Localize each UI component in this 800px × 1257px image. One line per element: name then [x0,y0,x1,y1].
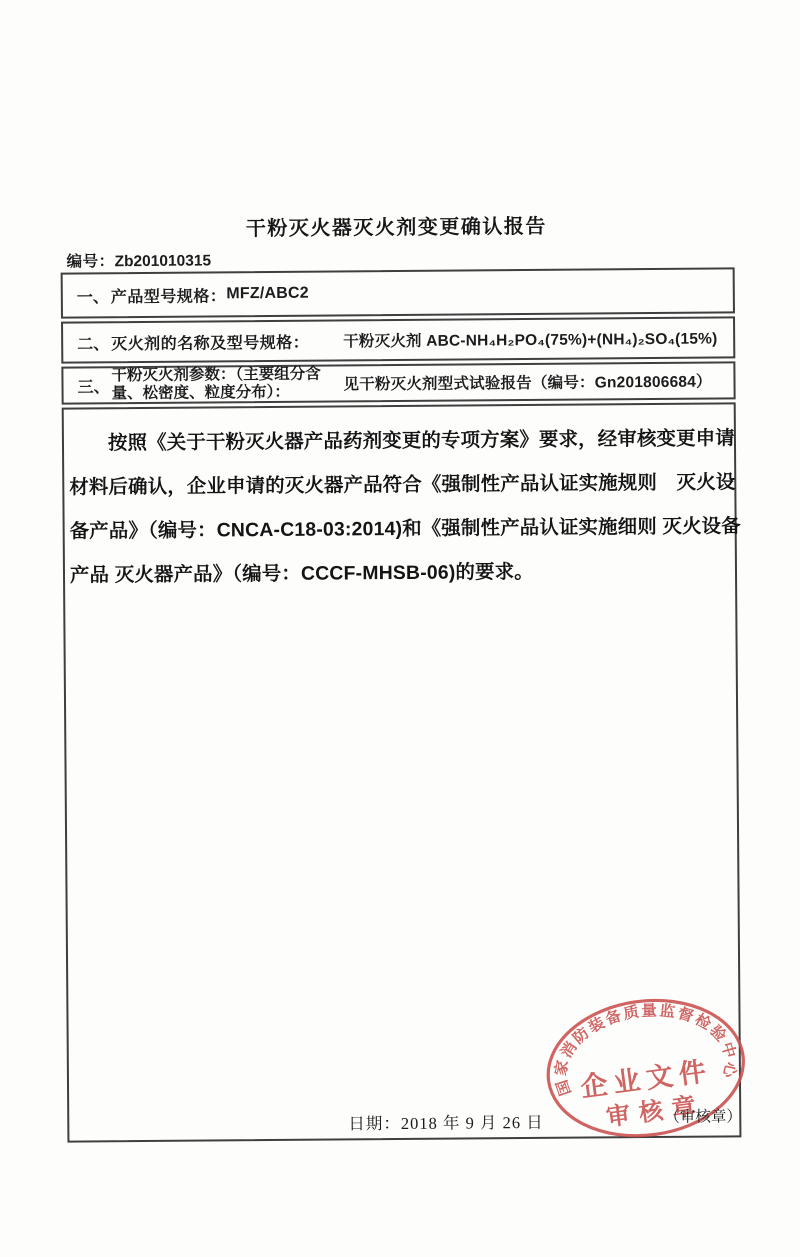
document-number-value: Zb201010315 [114,252,211,270]
document-number-label: 编号： [66,253,114,270]
document-number-line: 编号：Zb201010315 [66,248,211,271]
scanned-document-page: 干粉灭火器灭火剂变更确认报告 编号：Zb201010315 一、 产品型号规格：… [0,0,800,1257]
approval-stamp: 国家消防装备质量监督检验中心 企业文件 审核章 [526,975,765,1164]
row-value: MFZ/ABC2 [226,285,309,304]
report-body-paragraph: 按照《关于干粉灭火器产品药剂变更的专项方案》要求，经审核变更申请 材料后确认，企… [64,404,735,597]
table-row: 二、 灭火剂的名称及型号规格： 干粉灭火剂 ABC-NH₄H₂PO₄(75%)+… [61,316,735,363]
body-line: 产品 灭火器产品》（编号：CCCF-MHSB-06)的要求。 [70,548,732,597]
body-line: 按照《关于干粉灭火器产品药剂变更的专项方案》要求，经审核变更申请 [69,416,731,465]
document-content: 干粉灭火器灭火剂变更确认报告 编号：Zb201010315 一、 产品型号规格：… [0,0,800,1257]
page-title: 干粉灭火器灭火剂变更确认报告 [0,208,796,243]
body-line: 备产品》（编号：CNCA-C18-03:2014)和《强制性产品认证实施细则 灭… [69,504,731,553]
report-body-box: 按照《关于干粉灭火器产品药剂变更的专项方案》要求，经审核变更申请 材料后确认，企… [62,402,742,1142]
stamp-caption: （审核章） [664,1104,739,1127]
date-value: 2018 年 9 月 26 日 [401,1113,544,1133]
row-value: 见干粉灭火剂型式试验报告（编号：Gn201806684） [343,370,711,395]
table-row: 三、 干粉灭火剂参数：（主要组分含量、松密度、粒度分布）： 见干粉灭火剂型式试验… [61,361,735,404]
row-index: 三、 [63,374,111,397]
row-index: 二、 [63,331,111,354]
body-line: 材料后确认，企业申请的灭火器产品符合《强制性产品认证实施规则 灭火设 [69,460,731,509]
date-line: 日期：2018 年 9 月 26 日 [348,1109,544,1135]
row-label: 干粉灭火剂参数：（主要组分含量、松密度、粒度分布）： [111,366,333,404]
date-label: 日期： [348,1114,401,1133]
row-index: 一、 [63,284,111,307]
row-label: 产品型号规格： [111,283,227,307]
table-row: 一、 产品型号规格： MFZ/ABC2 [61,267,735,318]
stamp-graphic: 国家消防装备质量监督检验中心 企业文件 审核章 [526,975,765,1164]
info-table: 一、 产品型号规格： MFZ/ABC2 二、 灭火剂的名称及型号规格： 干粉灭火… [61,267,742,1142]
row-label: 灭火剂的名称及型号规格： [111,329,309,354]
row-value: 干粉灭火剂 ABC-NH₄H₂PO₄(75%)+(NH₄)₂SO₄(15%) [343,326,717,351]
